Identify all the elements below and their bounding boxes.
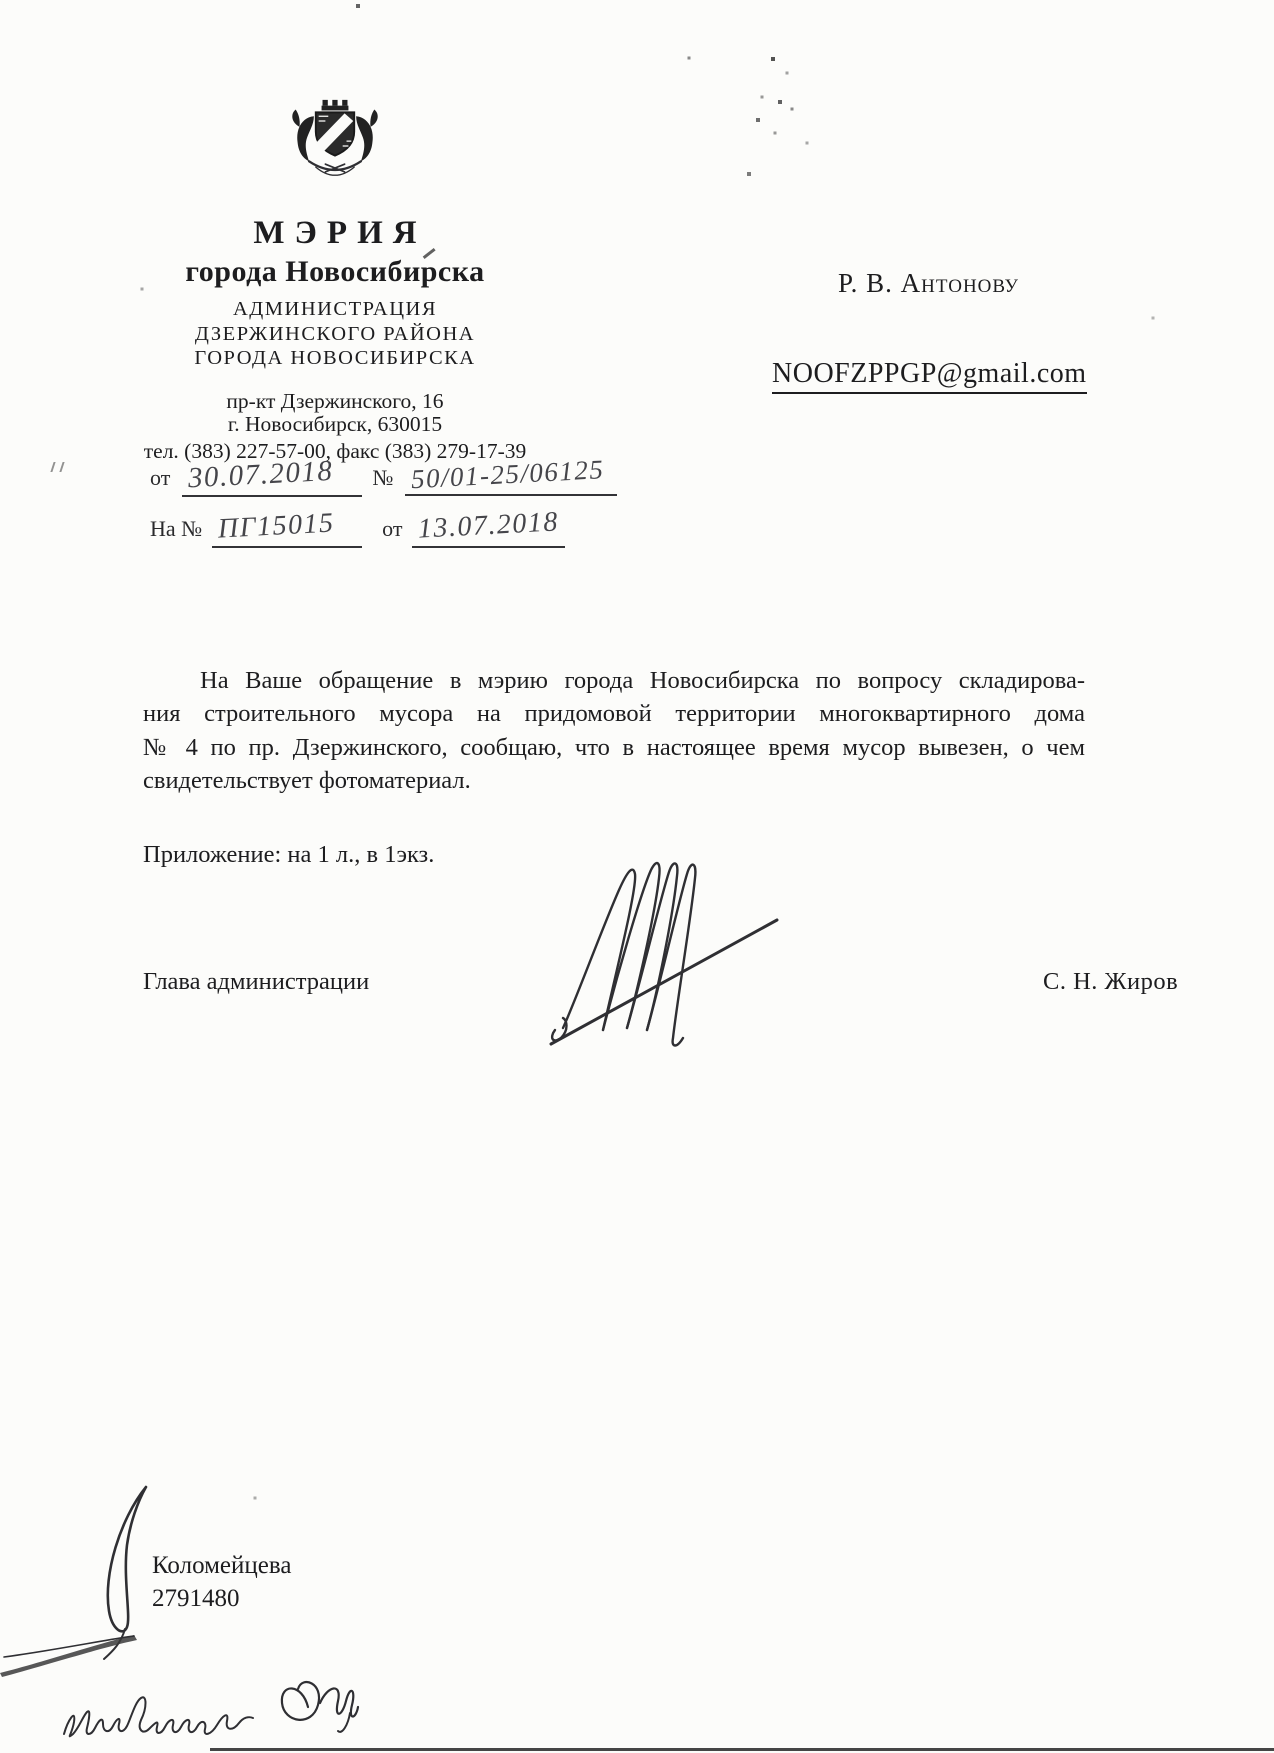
org-name-line1: МЭРИЯ xyxy=(115,215,555,251)
body-line: № 4 по пр. Дзержинского, сообщаю, что в … xyxy=(143,731,1085,764)
out-number-field: 50/01-25/06125 xyxy=(405,461,617,496)
department-line2: ДЗЕРЖИНСКОГО РАЙОНА xyxy=(115,322,555,347)
attachment-note: Приложение: на 1 л., в 1экз. xyxy=(143,841,434,869)
scan-quote-mark xyxy=(50,462,64,472)
address-line1: пр-кт Дзержинского, 16 xyxy=(115,390,555,414)
in-date-field: 13.07.2018 xyxy=(412,512,565,548)
executor-name: Коломейцева xyxy=(152,1549,291,1582)
in-date-label: от xyxy=(382,516,402,542)
body-line: ния строительного мусора на придомовой т… xyxy=(143,697,1085,730)
in-date-handwritten: 13.07.2018 xyxy=(418,506,560,545)
scanned-letter-sheet: МЭРИЯ города Новосибирска АДМИНИСТРАЦИЯ … xyxy=(0,0,1274,1753)
department-block: АДМИНИСТРАЦИЯ ДЗЕРЖИНСКОГО РАЙОНА ГОРОДА… xyxy=(115,297,555,371)
address-block: пр-кт Дзержинского, 16 г. Новосибирск, 6… xyxy=(115,390,555,437)
in-number-field: ПГ15015 xyxy=(212,512,362,548)
letterhead: МЭРИЯ города Новосибирска АДМИНИСТРАЦИЯ … xyxy=(115,95,555,464)
signer-position-title: Глава администрации xyxy=(143,968,369,996)
novosibirsk-coat-of-arms-icon xyxy=(115,95,555,195)
recipient-email: NOOFZPPGP@gmail.com xyxy=(772,358,1087,390)
executor-phone: 2791480 xyxy=(152,1582,291,1615)
scan-bottom-edge xyxy=(210,1748,1274,1751)
department-line1: АДМИНИСТРАЦИЯ xyxy=(115,297,555,322)
initials-flourish-icon xyxy=(272,1673,374,1745)
recipient-name: Р. В. Антонову xyxy=(838,268,1019,299)
pen-stroke-arrow-icon xyxy=(0,1627,142,1683)
in-number-handwritten: ПГ15015 xyxy=(217,506,356,545)
out-number-handwritten: 50/01-25/06125 xyxy=(411,454,612,495)
body-line: свидетельствует фотоматериал. xyxy=(143,764,1085,797)
address-line2: г. Новосибирск, 630015 xyxy=(115,413,555,437)
recipient-email-text: NOOFZPPGP@gmail.com xyxy=(772,358,1087,394)
out-date-label: от xyxy=(150,465,170,491)
signer-name: С. Н. Жиров xyxy=(1043,968,1178,996)
zhirov-signature-icon xyxy=(545,852,800,1052)
letter-body: На Ваше обращение в мэрию города Новосиб… xyxy=(143,664,1085,798)
melnikov-handwriting-icon xyxy=(58,1686,260,1748)
scan-speckles xyxy=(0,0,2,2)
outgoing-reference-row: от 30.07.2018 № 50/01-25/06125 xyxy=(150,460,617,497)
out-number-label: № xyxy=(372,465,393,491)
executor-block: Коломейцева 2791480 xyxy=(152,1549,291,1615)
in-number-label: На № xyxy=(150,516,202,542)
incoming-reference-row: На № ПГ15015 от 13.07.2018 xyxy=(150,512,565,548)
body-line: На Ваше обращение в мэрию города Новосиб… xyxy=(143,664,1085,697)
department-line3: ГОРОДА НОВОСИБИРСКА xyxy=(115,346,555,371)
out-date-handwritten: 30.07.2018 xyxy=(187,454,356,496)
org-name-line2: города Новосибирска xyxy=(115,256,555,288)
out-date-field: 30.07.2018 xyxy=(182,460,362,497)
